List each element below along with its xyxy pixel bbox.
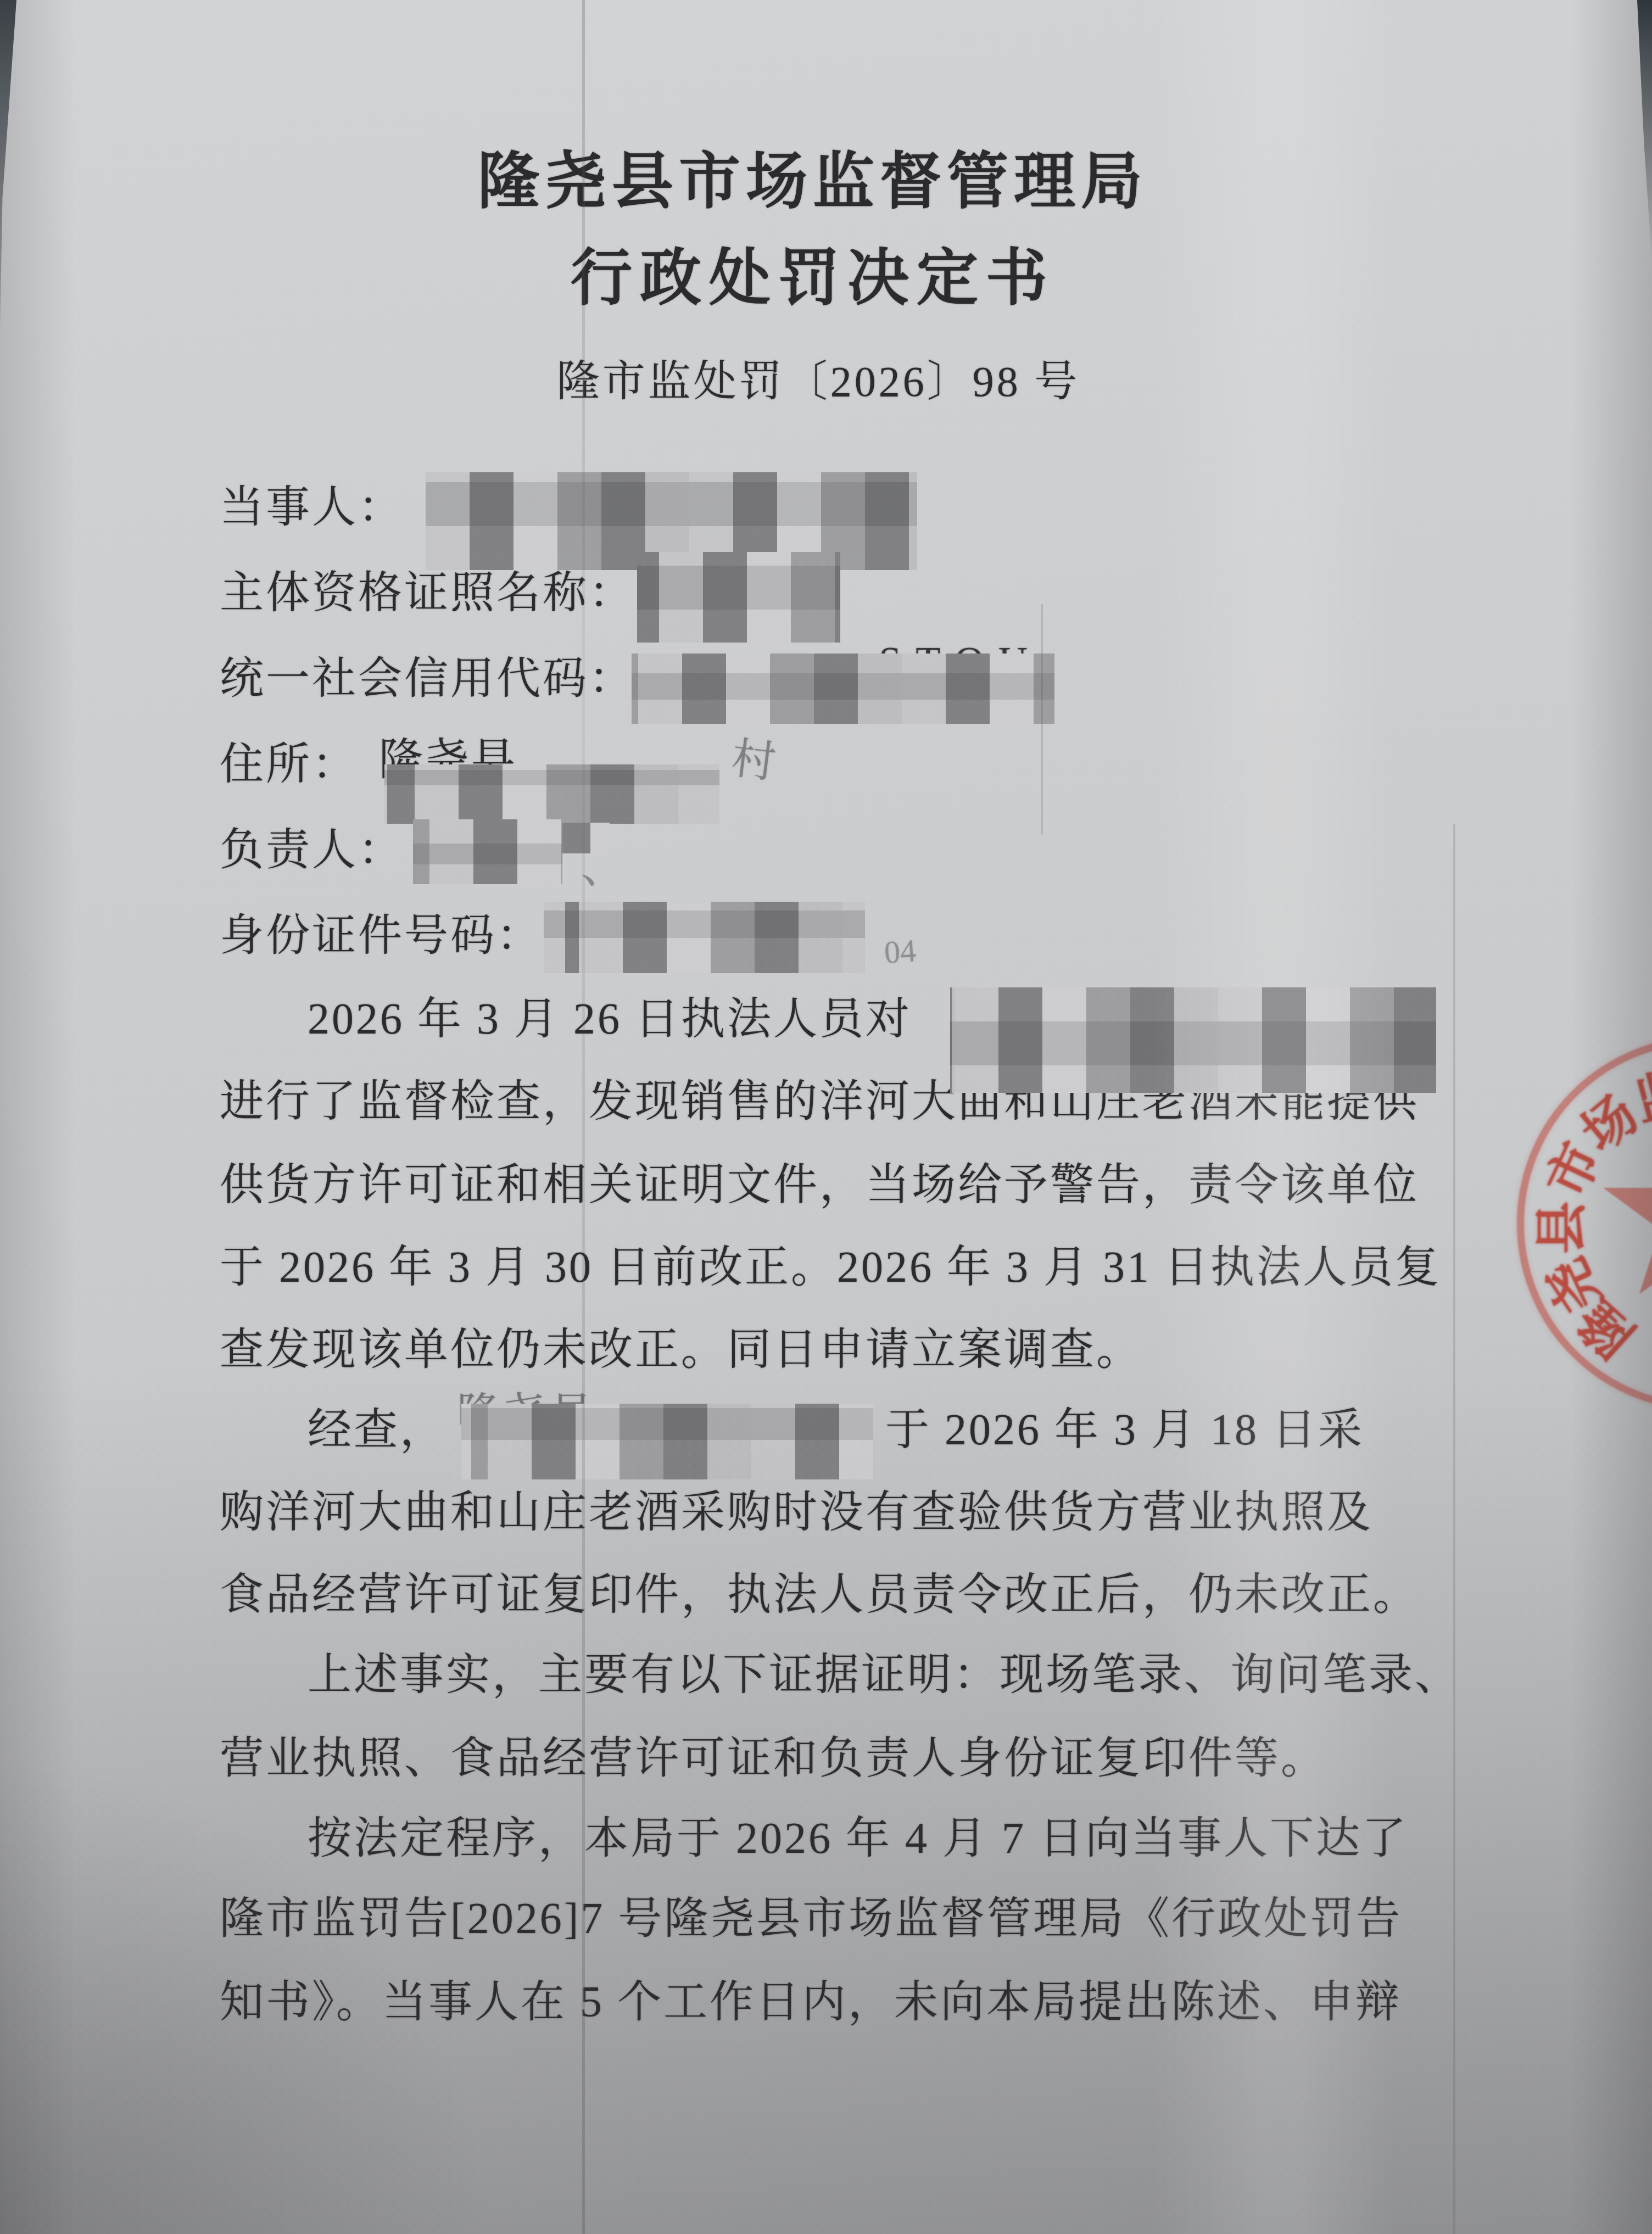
redaction-mosaic-id-number	[544, 902, 865, 973]
paragraph2-line3: 食品经营许可证复印件，执法人员责令改正后，仍未改正。	[220, 1573, 1419, 1617]
residual-address-fragment: 村	[729, 736, 780, 786]
redaction-mosaic-address	[384, 764, 719, 824]
redaction-mosaic-person	[413, 819, 562, 884]
document-number: 隆市监处罚〔2026〕98 号	[557, 360, 1080, 403]
document-title-line1: 隆尧县市场监督管理局	[478, 152, 1148, 213]
field-label-credit-code: 统一社会信用代码：	[220, 657, 635, 701]
paragraph4-line2: 隆市监罚告[2026]7 号隆尧县市场监督管理局《行政处罚告	[220, 1897, 1402, 1941]
redaction-mosaic-entity-paragraph2	[461, 1404, 873, 1479]
paragraph1-line1: 2026 年 3 月 26 日执法人员对	[308, 997, 912, 1041]
seal-char-xian: 县	[1520, 1202, 1595, 1254]
paragraph4-line3: 知书》。当事人在 5 个工作日内，未向本局提出陈述、申辩	[220, 1980, 1402, 2024]
shadow-left-edge	[0, 0, 77, 2234]
field-label-party: 当事人：	[220, 485, 404, 529]
field-label-responsible-person: 负责人：	[220, 828, 404, 872]
paragraph1-line4: 于 2026 年 3 月 30 日前改正。2026 年 3 月 31 日执法人员…	[220, 1246, 1441, 1289]
paragraph1-line5: 查发现该单位仍未改正。同日申请立案调查。	[220, 1328, 1142, 1372]
document-photo: 隆尧县市场监督管理局 行政处罚决定书 隆市监处罚〔2026〕98 号 当事人： …	[0, 0, 1652, 2234]
paragraph2-line2: 购洋河大曲和山庄老酒采购时没有查验供货方营业执照及	[220, 1490, 1373, 1534]
paper-crease-vertical-right	[1453, 824, 1455, 2234]
redaction-mosaic-credit-code	[632, 654, 1054, 724]
paragraph1-line3: 供货方许可证和相关证明文件，当场给予警告，责令该单位	[220, 1163, 1419, 1207]
document-title-line2: 行政处罚决定书	[571, 248, 1055, 310]
residual-id-fragment: 04	[883, 935, 917, 969]
redaction-mosaic-license-name	[637, 552, 840, 643]
paragraph2-line1-end: 于 2026 年 3 月 18 日采	[885, 1408, 1364, 1452]
paragraph2-line1-start: 经查，	[308, 1408, 446, 1452]
paragraph3-line1: 上述事实，主要有以下证据证明：现场笔录、询问笔录、	[308, 1653, 1461, 1697]
field-label-license-name: 主体资格证照名称：	[220, 571, 635, 615]
redaction-mosaic-inspected-entity	[950, 987, 1436, 1093]
table-edge-top-left	[0, 0, 16, 439]
field-label-address: 住所：	[220, 742, 358, 786]
field-label-id-number: 身份证件号码：	[220, 914, 543, 958]
paragraph4-line1: 按法定程序，本局于 2026 年 4 月 7 日向当事人下达了	[308, 1817, 1408, 1861]
table-edge-top-right	[1632, 0, 1652, 264]
paragraph3-line2: 营业执照、食品经营许可证和负责人身份证复印件等。	[220, 1736, 1327, 1780]
